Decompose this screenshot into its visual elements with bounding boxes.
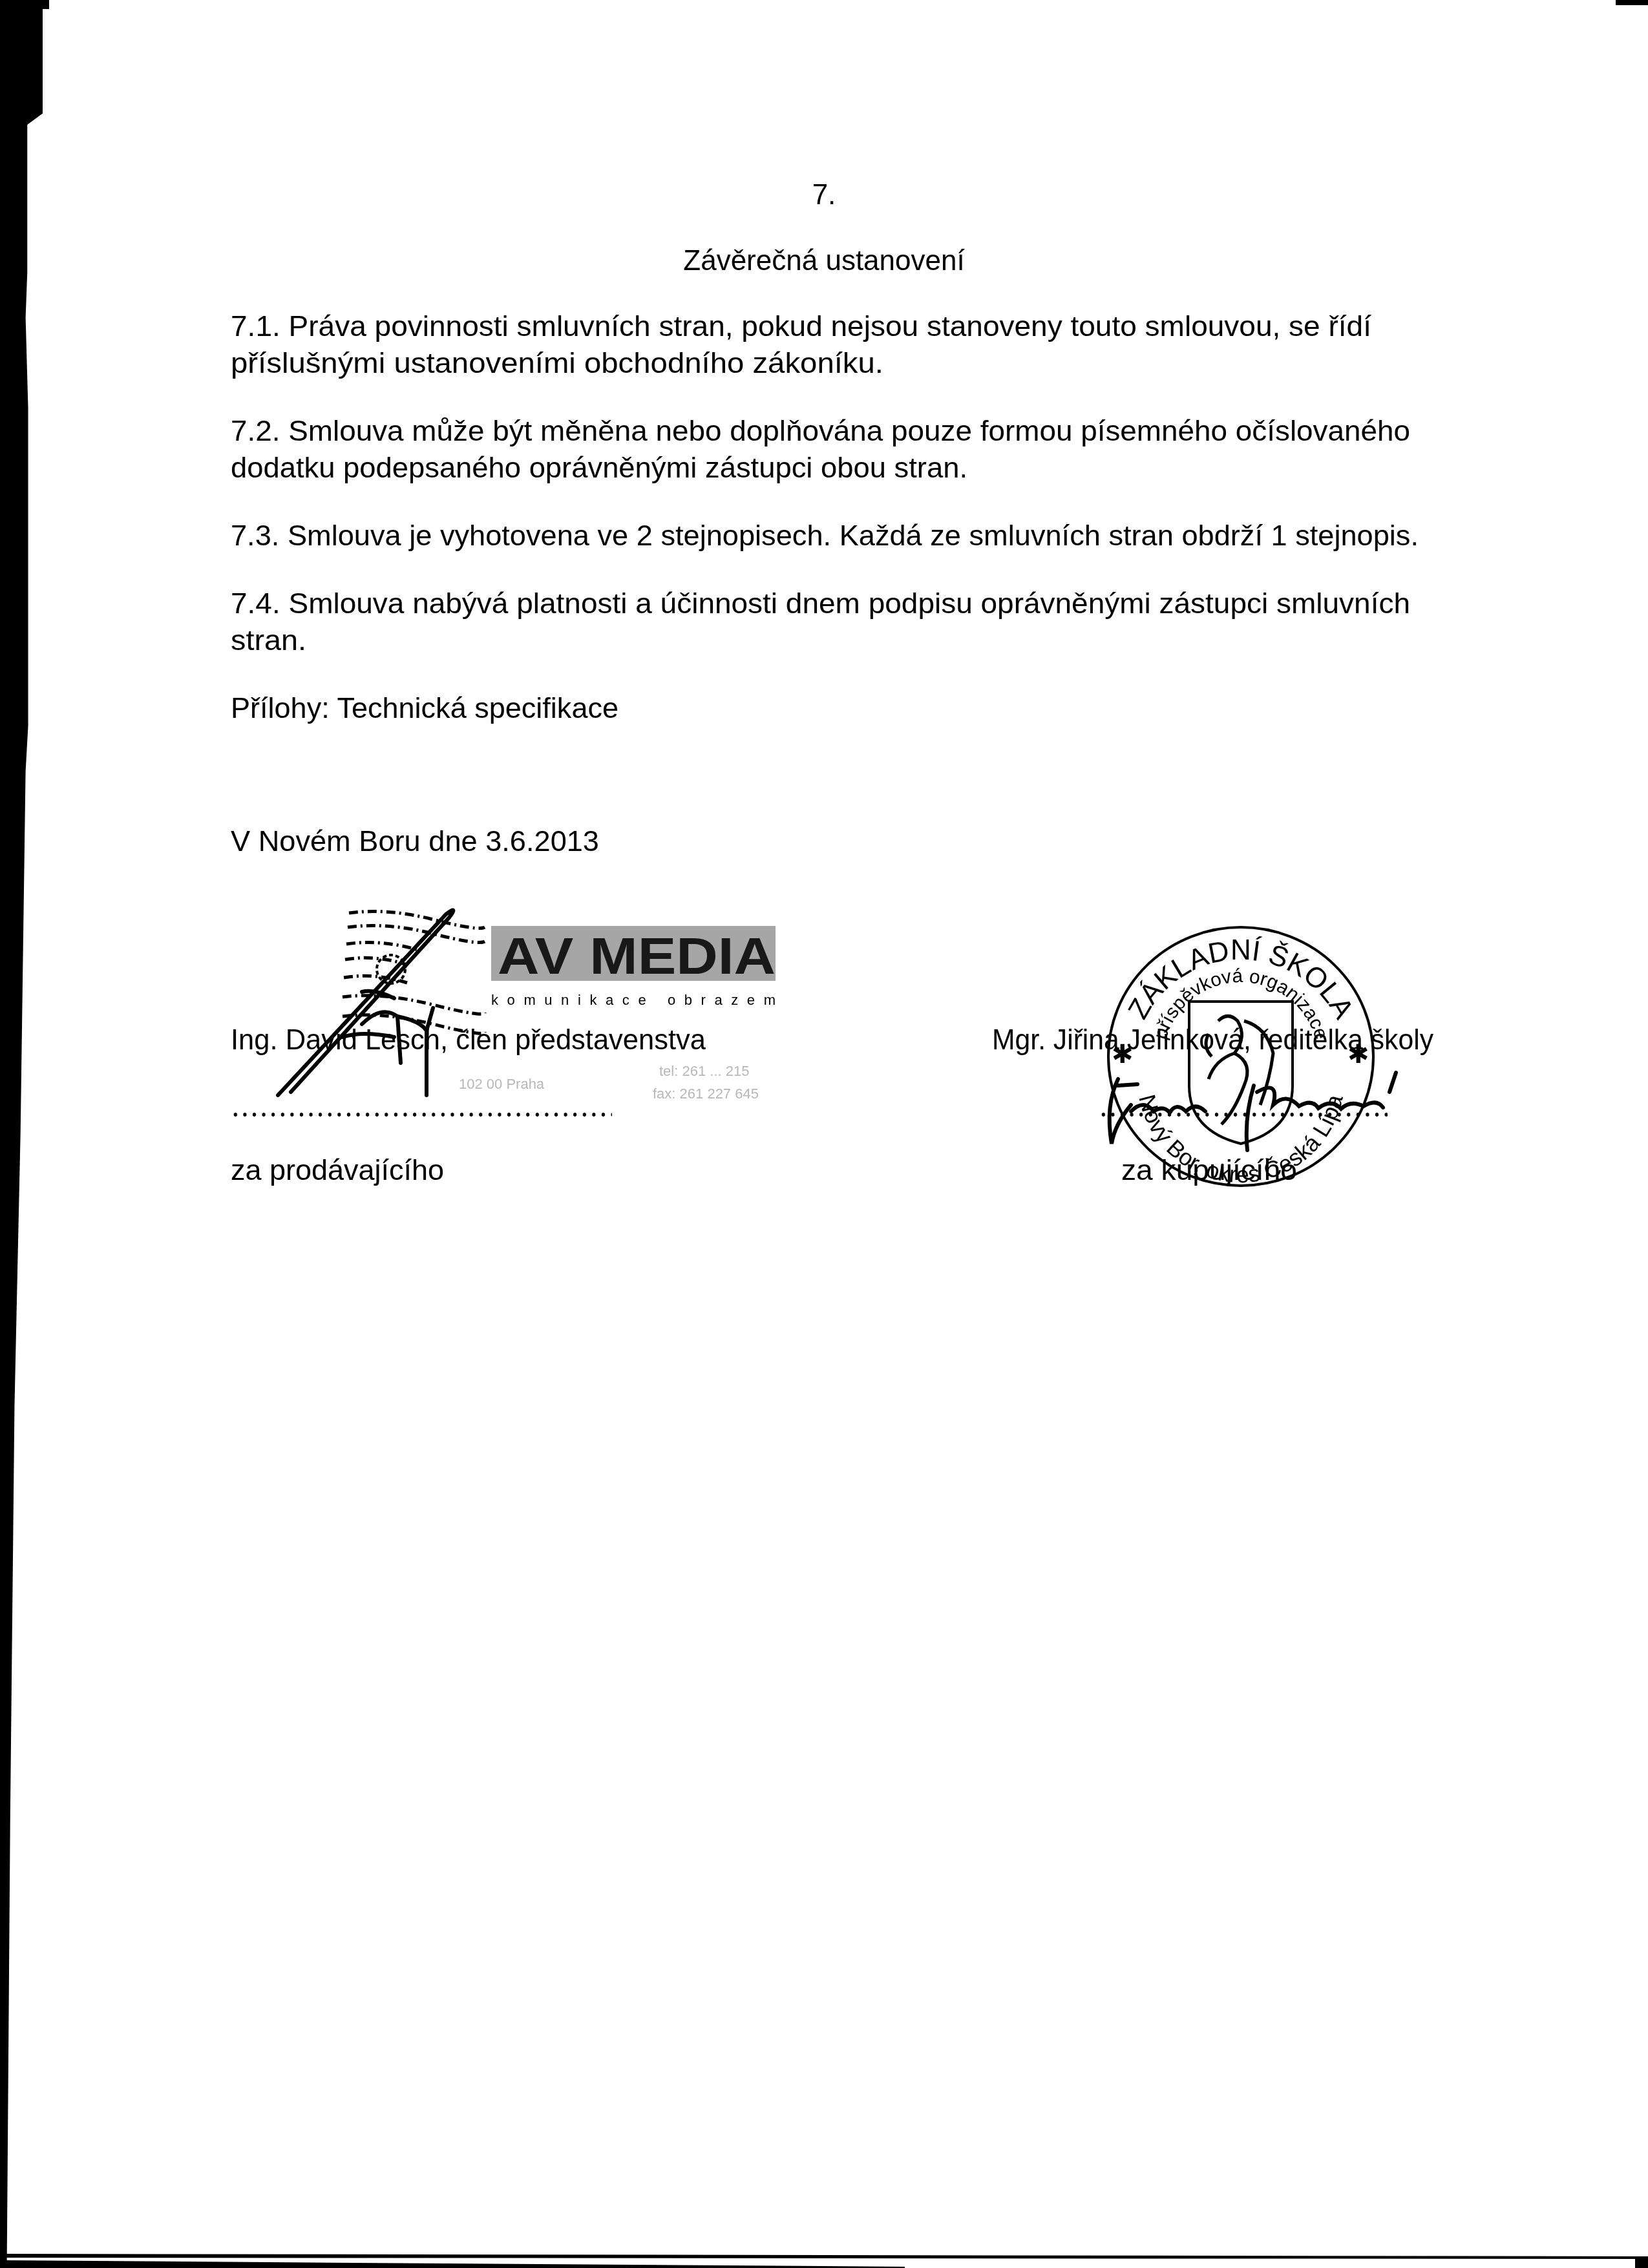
stamp-fax: fax: 261 227 645 xyxy=(653,1086,759,1102)
scan-border-top-right xyxy=(1616,0,1648,5)
seller-role: za prodávajícího xyxy=(231,1157,444,1185)
section-number: 7. xyxy=(662,181,986,209)
clause-7-1-line-1: 7.1. Práva povinnosti smluvních stran, p… xyxy=(231,313,1371,341)
svg-text:✱: ✱ xyxy=(1112,1040,1134,1069)
section-title: Závěrečná ustanovení xyxy=(565,247,1083,275)
stamp-tagline: komunikace obrazem xyxy=(491,992,776,1008)
clause-7-4-line-1: 7.4. Smlouva nabývá platnosti a účinnost… xyxy=(231,590,1410,618)
clause-7-2-line-2: dodatku podepsaného oprávněnými zástupci… xyxy=(231,454,967,483)
seller-signature-line xyxy=(231,1113,612,1117)
clause-7-3-line-1: 7.3. Smlouva je vyhotovena ve 2 stejnopi… xyxy=(231,522,1419,551)
stamp-address: 102 00 Praha xyxy=(459,1076,545,1092)
clause-7-2-line-1: 7.2. Smlouva může být měněna nebo doplňo… xyxy=(231,417,1410,446)
scan-border-bottom xyxy=(0,2242,1648,2268)
stamp-company-name: AV MEDIA xyxy=(498,927,776,985)
seller-signature xyxy=(265,901,459,1102)
clause-7-4-line-2: stran. xyxy=(231,627,306,655)
scan-border-top-left xyxy=(0,0,49,9)
clause-7-1-line-2: příslušnými ustanoveními obchodního záko… xyxy=(231,350,883,378)
scan-border-left xyxy=(0,0,43,2268)
attachments-line: Přílohy: Technická specifikace xyxy=(231,695,618,723)
svg-text:✱: ✱ xyxy=(1347,1040,1369,1069)
stamp-phone: tel: 261 ... 215 xyxy=(659,1063,749,1079)
place-date: V Novém Boru dne 3.6.2013 xyxy=(231,828,599,856)
buyer-signature xyxy=(1092,1066,1428,1157)
